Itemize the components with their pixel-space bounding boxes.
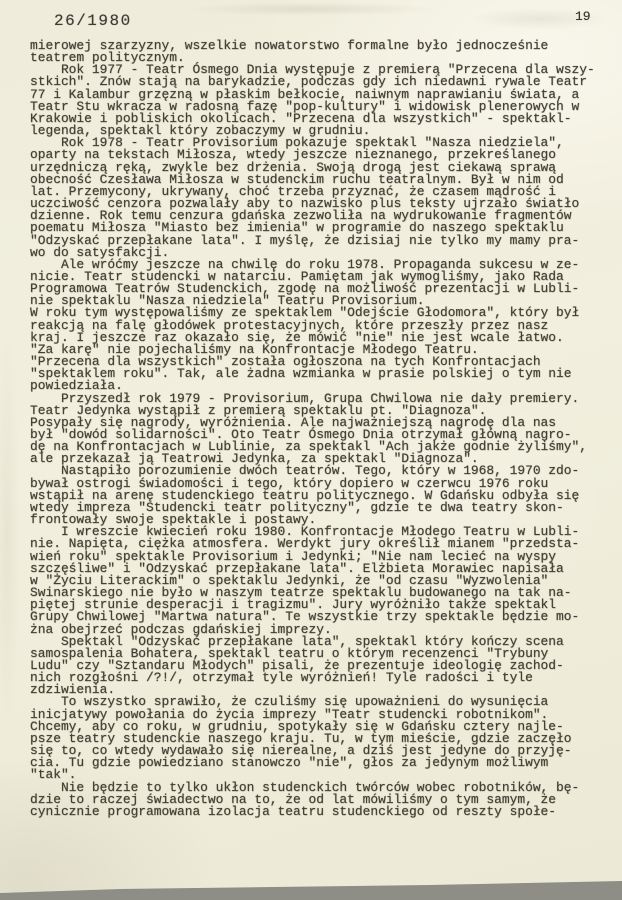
- page-number: 19: [575, 9, 591, 24]
- document-body-text: mierowej szarzyzny, wszelkie nowatorstwo…: [30, 40, 610, 818]
- scan-stain: [0, 320, 20, 740]
- document-page: 26/1980 19 mierowej szarzyzny, wszelkie …: [0, 0, 622, 900]
- scan-viewport: 26/1980 19 mierowej szarzyzny, wszelkie …: [0, 0, 622, 900]
- scan-stain: [180, 2, 440, 16]
- issue-label: 26/1980: [54, 12, 132, 30]
